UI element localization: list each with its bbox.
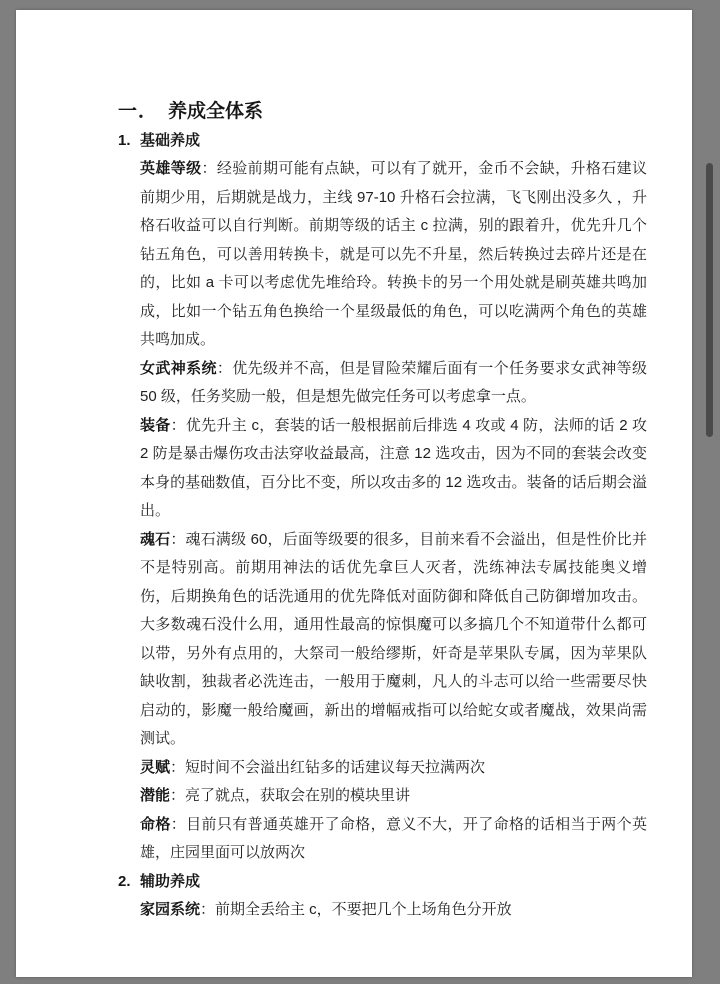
paragraph-equipment: 装备：优先升主 c，套装的话一般根据前后排选 4 攻或 4 防，法师的话 2 攻… [140,412,647,526]
paragraph-term: 装备 [140,417,171,434]
paragraph-valkyrie-system: 女武神系统：优先级并不高，但是冒险荣耀后面有一个任务要求女武神等级 50 级，任… [140,355,647,412]
paragraph-destiny: 命格：目前只有普通英雄开了命格，意义不大，开了命格的话相当于两个英雄，庄园里面可… [140,811,647,868]
paragraph-potential: 潜能：亮了就点，获取会在别的模块里讲 [140,782,647,811]
paragraph-term: 魂石 [140,531,170,548]
paragraph-term: 灵赋 [140,759,170,776]
doc-heading-number: 一． [118,101,158,122]
paragraph-text: ：优先升主 c，套装的话一般根据前后排选 4 攻或 4 防，法师的话 2 攻 2… [140,417,647,520]
paragraph-term: 英雄等级 [140,160,202,177]
paragraph-text: ：前期全丢给主 c，不要把几个上场角色分开放 [200,901,512,918]
document-viewer-background: 一．养成全体系 1.基础养成 英雄等级：经验前期可能有点缺，可以有了就开，金币不… [0,0,720,984]
doc-heading: 一．养成全体系 [118,98,647,127]
paragraph-term: 家园系统 [140,901,200,918]
section-basic-cultivation: 1.基础养成 英雄等级：经验前期可能有点缺，可以有了就开，金币不会缺，升格石建议… [118,127,647,868]
paragraph-text: ：优先级并不高，但是冒险荣耀后面有一个任务要求女武神等级 50 级，任务奖励一般… [140,360,647,406]
paragraph-hero-level: 英雄等级：经验前期可能有点缺，可以有了就开，金币不会缺，升格石建议前期少用，后期… [140,155,647,355]
paragraph-text: ：魂石满级 60，后面等级要的很多，目前来看不会溢出，但是性价比并不是特别高。前… [140,531,647,748]
scrollbar-thumb[interactable] [706,163,713,437]
document-page: 一．养成全体系 1.基础养成 英雄等级：经验前期可能有点缺，可以有了就开，金币不… [16,10,692,977]
section-title: 辅助养成 [140,873,200,890]
section-head: 2.辅助养成 [118,868,647,897]
paragraph-text: ：经验前期可能有点缺，可以有了就开，金币不会缺，升格石建议前期少用，后期就是战力… [140,160,647,348]
paragraph-text: ：短时间不会溢出红钻多的话建议每天拉满两次 [170,759,485,776]
paragraph-home-system: 家园系统：前期全丢给主 c，不要把几个上场角色分开放 [140,896,647,925]
section-number: 2. [118,868,140,897]
section-auxiliary-cultivation: 2.辅助养成 家园系统：前期全丢给主 c，不要把几个上场角色分开放 [118,868,647,925]
paragraph-text: ：目前只有普通英雄开了命格，意义不大，开了命格的话相当于两个英雄，庄园里面可以放… [140,816,647,862]
section-title: 基础养成 [140,132,200,149]
paragraph-soul-stone: 魂石：魂石满级 60，后面等级要的很多，目前来看不会溢出，但是性价比并不是特别高… [140,526,647,754]
document-content: 一．养成全体系 1.基础养成 英雄等级：经验前期可能有点缺，可以有了就开，金币不… [118,98,647,925]
paragraph-term: 潜能 [140,787,170,804]
section-number: 1. [118,127,140,156]
paragraph-text: ：亮了就点，获取会在别的模块里讲 [170,787,410,804]
doc-heading-title: 养成全体系 [168,101,263,122]
paragraph-term: 命格 [140,816,171,833]
section-head: 1.基础养成 [118,127,647,156]
paragraph-spirit-endowment: 灵赋：短时间不会溢出红钻多的话建议每天拉满两次 [140,754,647,783]
paragraph-term: 女武神系统 [140,360,217,377]
